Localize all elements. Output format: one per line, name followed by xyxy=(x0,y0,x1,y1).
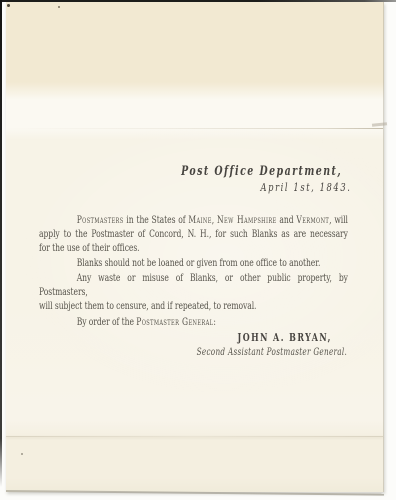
paragraph-apply-for-blanks: Postmasters in the States of Maine, New … xyxy=(39,213,348,255)
text-line: Blanks should not be loaned or given fro… xyxy=(39,256,348,270)
scan-edge-top xyxy=(0,0,396,2)
document-content: Post Office Department, April 1st, 1843.… xyxy=(39,165,348,359)
paragraph-by-order: By order of the Postmaster General: xyxy=(39,315,348,329)
text-line: apply to the Postmaster of Concord, N. H… xyxy=(39,227,348,241)
paper-speck xyxy=(58,6,60,8)
fold-crease-upper xyxy=(6,128,383,129)
text-line: for the use of their offices. xyxy=(39,241,348,255)
document-date: April 1st, 1843. xyxy=(39,181,351,194)
signature-block: JOHN A. BRYAN, Second Assistant Postmast… xyxy=(39,331,348,359)
scanned-document-photo: Post Office Department, April 1st, 1843.… xyxy=(0,0,396,500)
fold-crease-lower xyxy=(6,436,383,437)
paragraph-no-loaning: Blanks should not be loaned or given fro… xyxy=(39,256,348,270)
scan-edge-left xyxy=(0,0,2,487)
text-line: Postmasters in the States of Maine, New … xyxy=(39,213,348,227)
signature-name: JOHN A. BRYAN, xyxy=(39,331,348,344)
paper-sheet: Post Office Department, April 1st, 1843.… xyxy=(6,2,384,492)
paragraph-waste-misuse: Any waste or misuse of Blanks, or other … xyxy=(39,271,348,313)
paper-speck xyxy=(7,4,10,7)
text-line: By order of the Postmaster General: xyxy=(39,315,348,329)
signature-title: Second Assistant Postmaster General. xyxy=(39,347,348,359)
text-line: will subject them to censure, and if rep… xyxy=(39,299,348,313)
paper-speck xyxy=(21,453,23,455)
document-heading: Post Office Department, April 1st, 1843. xyxy=(39,165,348,194)
paper-edge-nick xyxy=(372,122,387,127)
text-line: Any waste or misuse of Blanks, or other … xyxy=(39,271,348,299)
document-title: Post Office Department, xyxy=(39,165,348,179)
